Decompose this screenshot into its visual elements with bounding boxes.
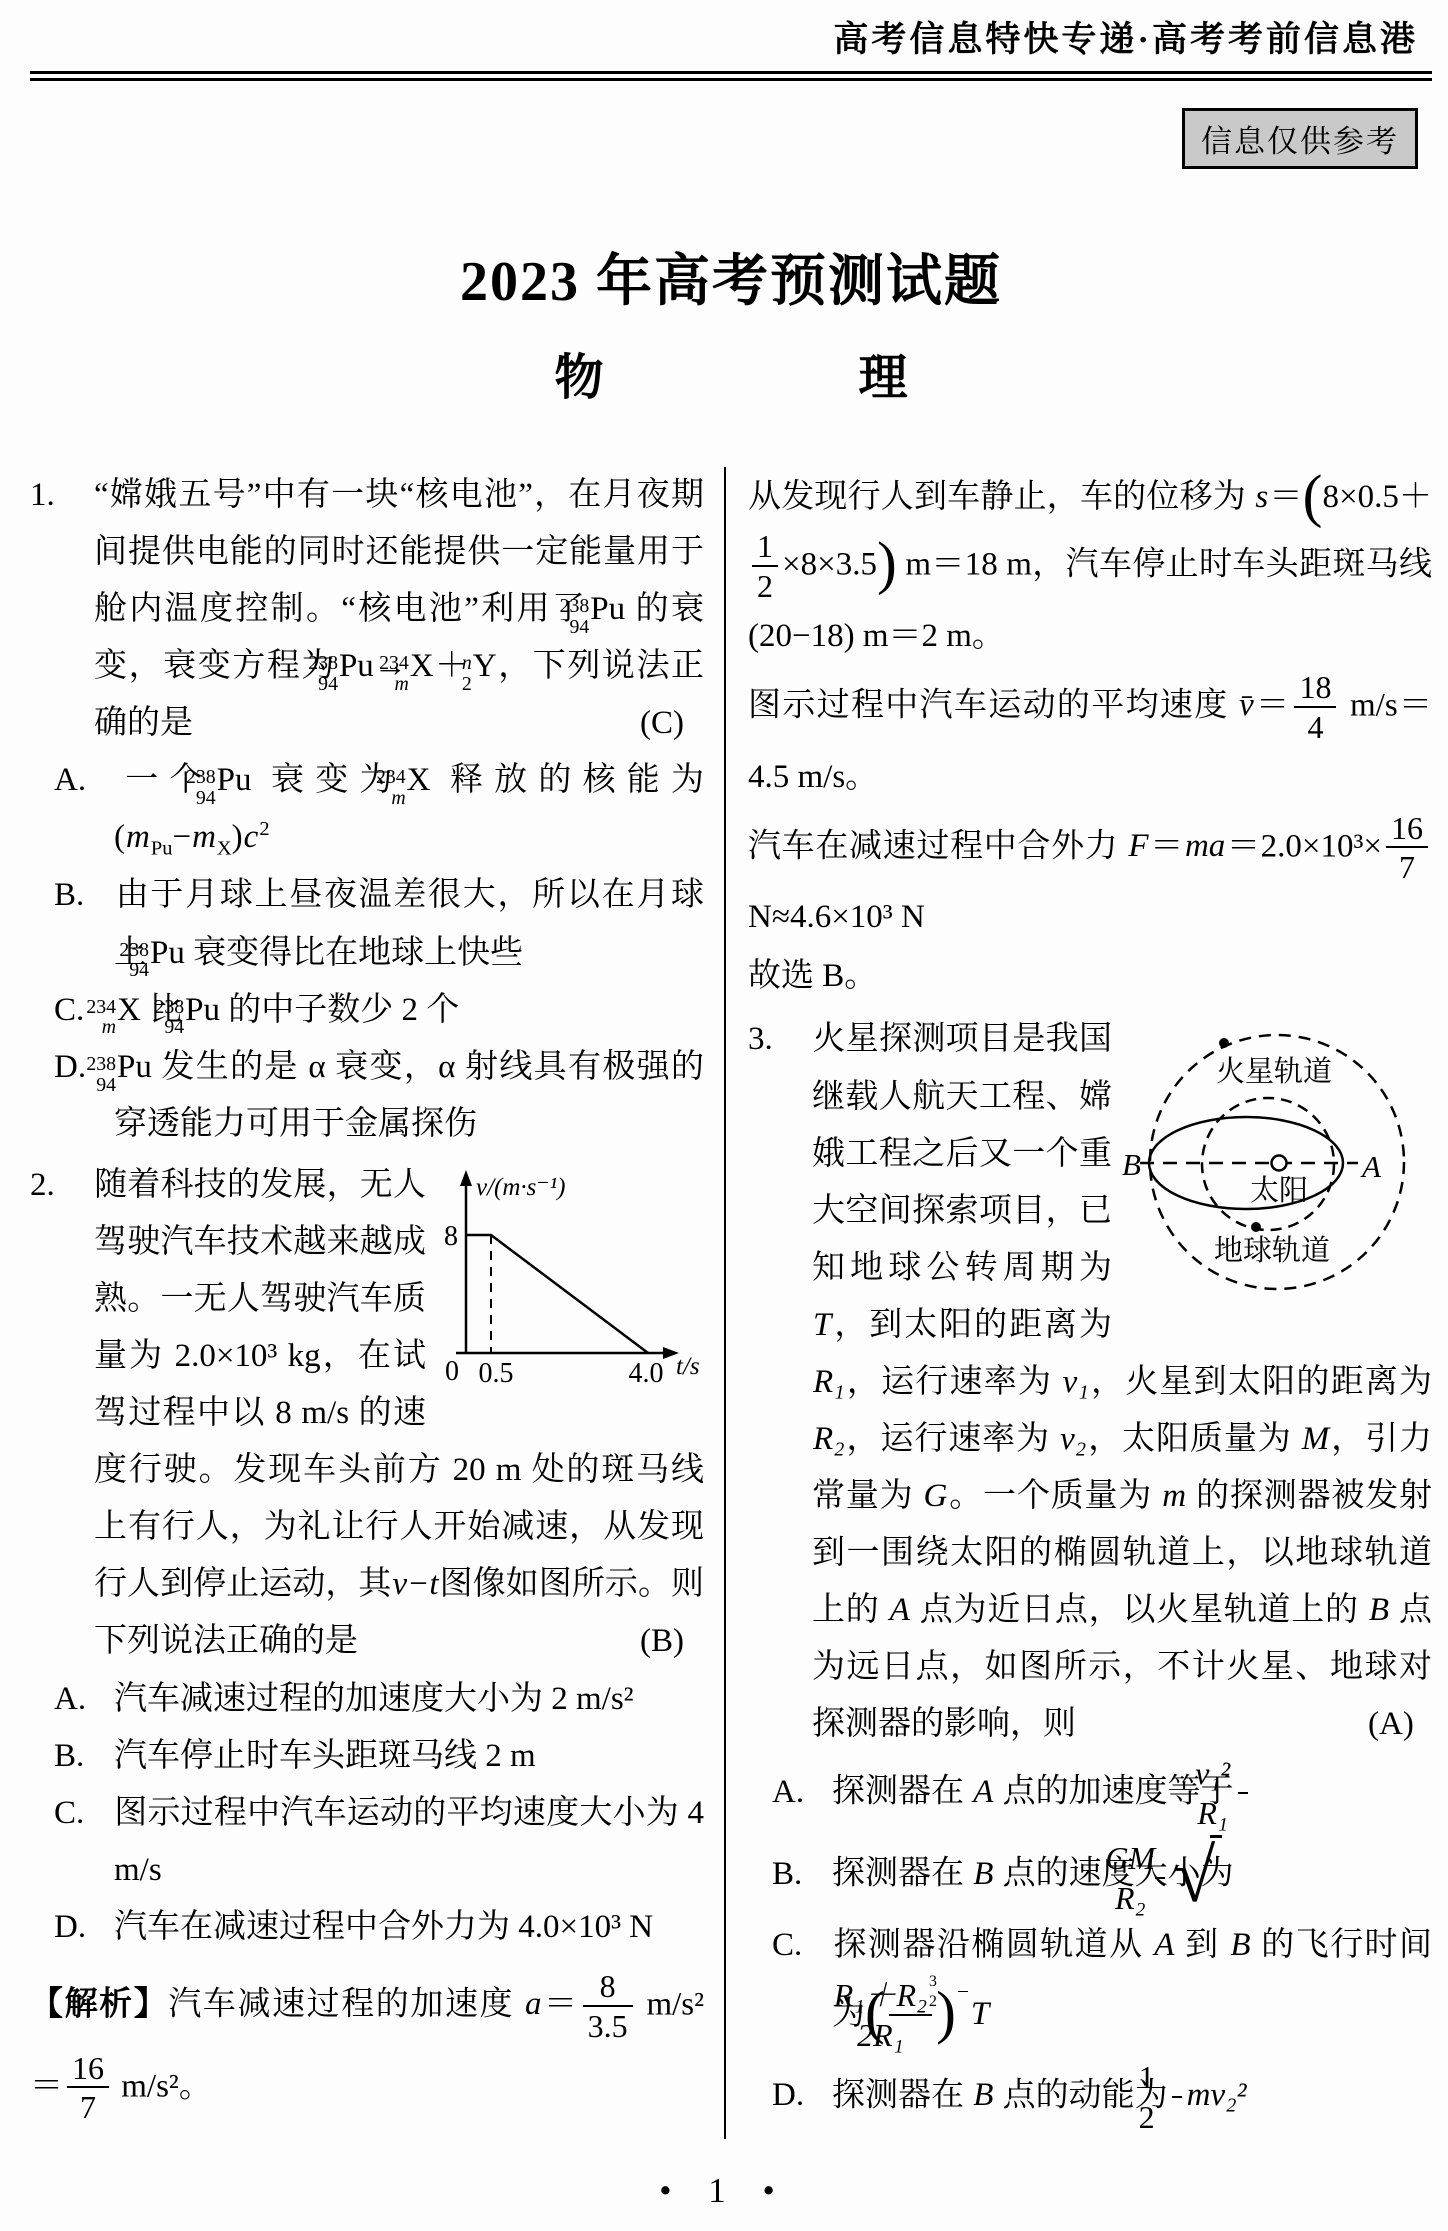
left-column: 1.“嫦娥五号”中有一块“核电池”，在月夜期间提供电能的同时还能提供一定能量用于… — [30, 467, 724, 2139]
question-2: v/(m·s⁻¹) 8 0 0.5 4.0 t/s 2.随着科技的发展，无人驾驶… — [30, 1157, 704, 1956]
solution-displacement: 从发现行人到车静止，车的位移为 s＝(8×0.5＋12×8×3.5) m＝18 … — [748, 469, 1432, 665]
two-column-body: 1.“嫦娥五号”中有一块“核电池”，在月夜期间提供电能的同时还能提供一定能量用于… — [30, 467, 1432, 2139]
question-2-option-a: A.汽车减速过程的加速度大小为 2 m/s² — [30, 1671, 704, 1728]
fraction: 167 — [1386, 811, 1428, 887]
question-3: 火星轨道 地球轨道 太阳 B A 3.火星探测项目是我国继载人航天工程、嫦娥工程… — [748, 1011, 1432, 2138]
page-title: 2023 年高考预测试题 — [30, 237, 1432, 317]
question-1-option-a: A.一个23894Pu 衰变为234mX 释放的核能为(mPu−mX)c2 — [30, 752, 704, 867]
question-2-option-b: B.汽车停止时车头距斑马线 2 m — [30, 1728, 704, 1785]
page-header-banner: 高考信息特快专递·高考考前信息港 — [30, 0, 1432, 62]
right-paren: ) — [936, 1979, 956, 2045]
nuclide-pu-symbol: Pu — [590, 591, 625, 627]
x-tick-40: 4.0 — [629, 1358, 664, 1385]
nuclide-pu-symbol: Pu — [339, 648, 374, 684]
option-label: A. — [54, 752, 114, 809]
nuclide-x-symbol: X — [410, 648, 434, 684]
x-tick-05: 0.5 — [479, 1358, 514, 1385]
mars-orbit-marker-dot — [1219, 1038, 1229, 1048]
question-1-option-d: D.23894Pu 发生的是 α 衰变，α 射线具有极强的穿透能力可用于金属探伤 — [30, 1039, 704, 1153]
reference-only-badge: 信息仅供参考 — [1182, 108, 1418, 169]
page-number: • 1 • — [0, 2171, 1448, 2211]
vt-variable: v−t — [391, 1566, 439, 1602]
question-3-option-d: D.探测器在 B 点的动能为12mv₂² — [748, 2057, 1432, 2139]
left-paren: ( — [1303, 462, 1323, 528]
earth-orbit-marker-dot — [1251, 1222, 1261, 1232]
subject-title: 物理 — [30, 339, 1432, 409]
analysis-head: 【解析】 — [30, 1986, 168, 2022]
subject-char-right: 理 — [859, 350, 908, 405]
exam-page: 高考信息特快专递·高考考前信息港 信息仅供参考 2023 年高考预测试题 物理 … — [0, 0, 1448, 2231]
y-axis-label: v/(m·s⁻¹) — [476, 1174, 565, 1201]
solution-average-speed: 图示过程中汽车运动的平均速度 v̄＝184 m/s＝4.5 m/s。 — [748, 667, 1432, 806]
y-tick-8: 8 — [444, 1221, 458, 1252]
question-3-option-b: B.探测器在 B 点的速度大小为√GMR₂ — [748, 1835, 1432, 1917]
question-3-number: 3. — [748, 1011, 812, 1068]
sun-dot — [1272, 1156, 1287, 1171]
mars-orbit-label: 火星轨道 — [1216, 1055, 1332, 1088]
fraction: 83.5 — [583, 1969, 633, 2045]
question-3-option-a: A.探测器在 A 点的加速度等于v₁²R₁ — [748, 1753, 1432, 1835]
fraction: 12 — [752, 529, 778, 605]
earth-orbit-label: 地球轨道 — [1214, 1234, 1330, 1267]
solution-conclusion: 故选 B。 — [748, 948, 1432, 1005]
solution-net-force: 汽车在减速过程中合外力 F＝ma＝2.0×10³×167 N≈4.6×10³ N — [748, 808, 1432, 947]
question-1: 1.“嫦娥五号”中有一块“核电池”，在月夜期间提供电能的同时还能提供一定能量用于… — [30, 467, 704, 1153]
question-1-option-b: B.由于月球上昼夜温差很大，所以在月球上23894Pu 衰变得比在地球上快些 — [30, 867, 704, 981]
origin-label: 0 — [445, 1356, 459, 1385]
fraction: 12 — [1172, 2060, 1182, 2136]
subject-char-left: 物 — [554, 350, 603, 405]
fraction: R₁＋R₂2R₁ — [889, 1978, 932, 2054]
nuclide-y-symbol: Y — [473, 648, 497, 684]
fraction: v₁²R₁ — [1238, 1756, 1248, 1832]
option-label: B. — [54, 867, 114, 924]
question-2-option-d: D.汽车在减速过程中合外力为 4.0×10³ N — [30, 1899, 704, 1956]
vt-graph-figure: v/(m·s⁻¹) 8 0 0.5 4.0 t/s — [436, 1167, 704, 1385]
right-column: 从发现行人到车静止，车的位移为 s＝(8×0.5＋12×8×3.5) m＝18 … — [724, 467, 1432, 2139]
question-2-option-c: C.图示过程中汽车运动的平均速度大小为 4 m/s — [30, 1785, 704, 1899]
question-1-option-c: C.234mX 比23894Pu 的中子数少 2 个 — [30, 982, 704, 1039]
fraction: 184 — [1294, 670, 1336, 746]
sun-label: 太阳 — [1250, 1174, 1308, 1207]
question-3-option-c: C.探测器沿椭圆轨道从 A 到 B 的飞行时间为(R₁＋R₂2R₁)32T — [748, 1917, 1432, 2057]
exponent-fraction: 32 — [958, 1974, 968, 2010]
question-1-stem: 1.“嫦娥五号”中有一块“核电池”，在月夜期间提供电能的同时还能提供一定能量用于… — [30, 467, 704, 752]
vt-line — [466, 1235, 648, 1353]
x-axis-label: t/s — [676, 1353, 700, 1380]
y-axis-arrow — [460, 1170, 472, 1186]
right-paren: ) — [877, 530, 897, 596]
header-double-rule — [30, 71, 1432, 81]
point-a-label: A — [1360, 1149, 1382, 1184]
orbit-diagram-figure: 火星轨道 地球轨道 太阳 B A — [1122, 1027, 1432, 1309]
fraction: 167 — [67, 2051, 109, 2127]
question-1-number: 1. — [30, 467, 94, 524]
analysis-paragraph: 【解析】汽车减速过程的加速度 a＝83.5 m/s²＝167 m/s²。 — [30, 1966, 704, 2129]
fraction: GMR₂ — [1155, 1841, 1165, 1917]
point-b-label: B — [1122, 1147, 1141, 1182]
question-2-number: 2. — [30, 1157, 94, 1214]
